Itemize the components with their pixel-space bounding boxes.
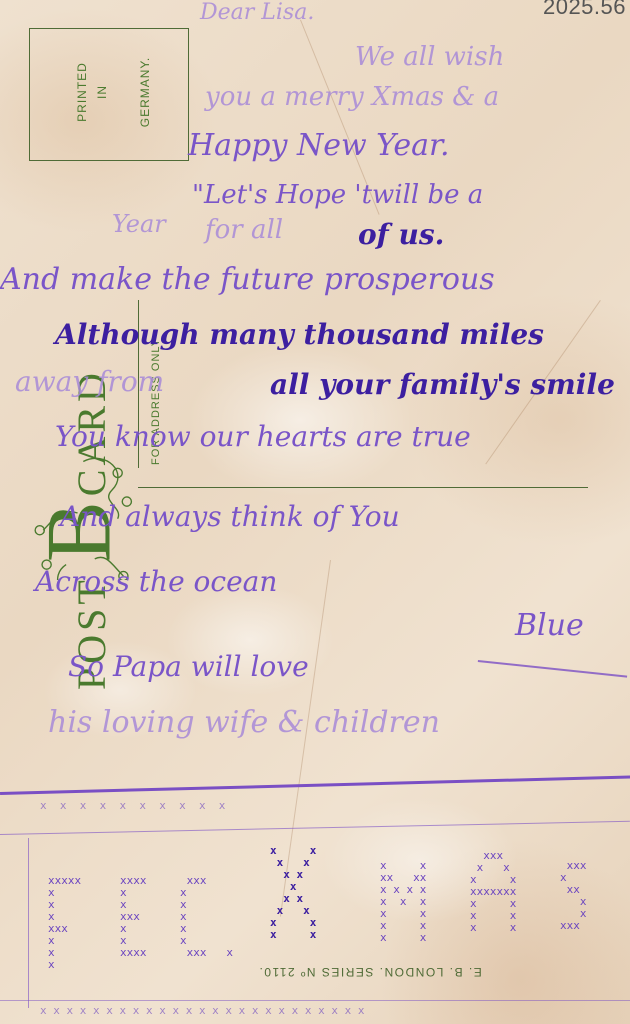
message-line: Dear Lisa. bbox=[200, 0, 314, 25]
cross-stitch-letter-x: x x x x x x x x x x x x x x x bbox=[270, 845, 316, 941]
message-line: We all wish bbox=[355, 42, 504, 72]
message-line: And always think of You bbox=[60, 500, 400, 533]
ink-border-line bbox=[0, 821, 630, 835]
message-line: Although many thousand miles bbox=[55, 318, 544, 351]
signature-underline bbox=[478, 660, 627, 678]
inventory-number: 2025.56 bbox=[543, 0, 626, 20]
message-line: you a merry Xmas & a bbox=[205, 82, 499, 112]
postcard-back: 2025.56 PRINTED IN GERMANY. POSTCARD B F… bbox=[0, 0, 630, 1024]
message-line: all your family's smile bbox=[270, 368, 615, 401]
stamp-text-in: IN bbox=[95, 85, 109, 99]
message-line: for all bbox=[205, 215, 283, 245]
cross-stitch-letter-c: xxx x x x x x xxx x bbox=[180, 875, 233, 959]
stamp-box: PRINTED IN GERMANY. bbox=[29, 28, 189, 161]
message-line: of us. bbox=[358, 218, 444, 251]
cross-stitch-border: x x x x x x x x x x bbox=[40, 800, 225, 812]
message-line: Happy New Year. bbox=[188, 128, 450, 163]
message-line: You know our hearts are true bbox=[55, 420, 471, 453]
cross-stitch-letter-a: xxx x x x x xxxxxxx x x x x x x bbox=[470, 850, 516, 934]
stamp-text-printed: PRINTED bbox=[75, 62, 89, 122]
message-line: "Let's Hope 'twill be a bbox=[192, 180, 483, 210]
cross-stitch-border: x x x x x x x x x x x x x x x x x x x x … bbox=[40, 1005, 365, 1017]
message-line: his loving wife & children bbox=[48, 705, 440, 740]
stamp-text-germany: GERMANY. bbox=[138, 57, 152, 127]
cross-stitch-letter-e: xxxx x x xxx x x xxxx bbox=[120, 875, 147, 959]
message-line: Blue bbox=[515, 608, 584, 643]
ink-border-line bbox=[0, 775, 630, 795]
ink-border-line bbox=[0, 1000, 630, 1001]
message-line: Across the ocean bbox=[35, 565, 277, 598]
cross-stitch-letter-s: xxx x xx x x xxx bbox=[560, 860, 587, 932]
address-divider-horizontal bbox=[138, 487, 588, 488]
message-line: away from bbox=[15, 365, 164, 398]
cross-stitch-letter-m: x x xx xx x x x x x x x x x x x x x bbox=[380, 860, 426, 944]
cross-stitch-letter-f: xxxxx x x x xxx x x x bbox=[48, 875, 81, 971]
ink-border-line bbox=[28, 838, 29, 1008]
message-line: So Papa will love bbox=[68, 650, 309, 683]
publisher-imprint: E. B. LONDON. SERIES Nº 2110. bbox=[258, 965, 482, 979]
message-line: And make the future prosperous bbox=[0, 262, 495, 297]
message-line: Year bbox=[112, 210, 166, 238]
